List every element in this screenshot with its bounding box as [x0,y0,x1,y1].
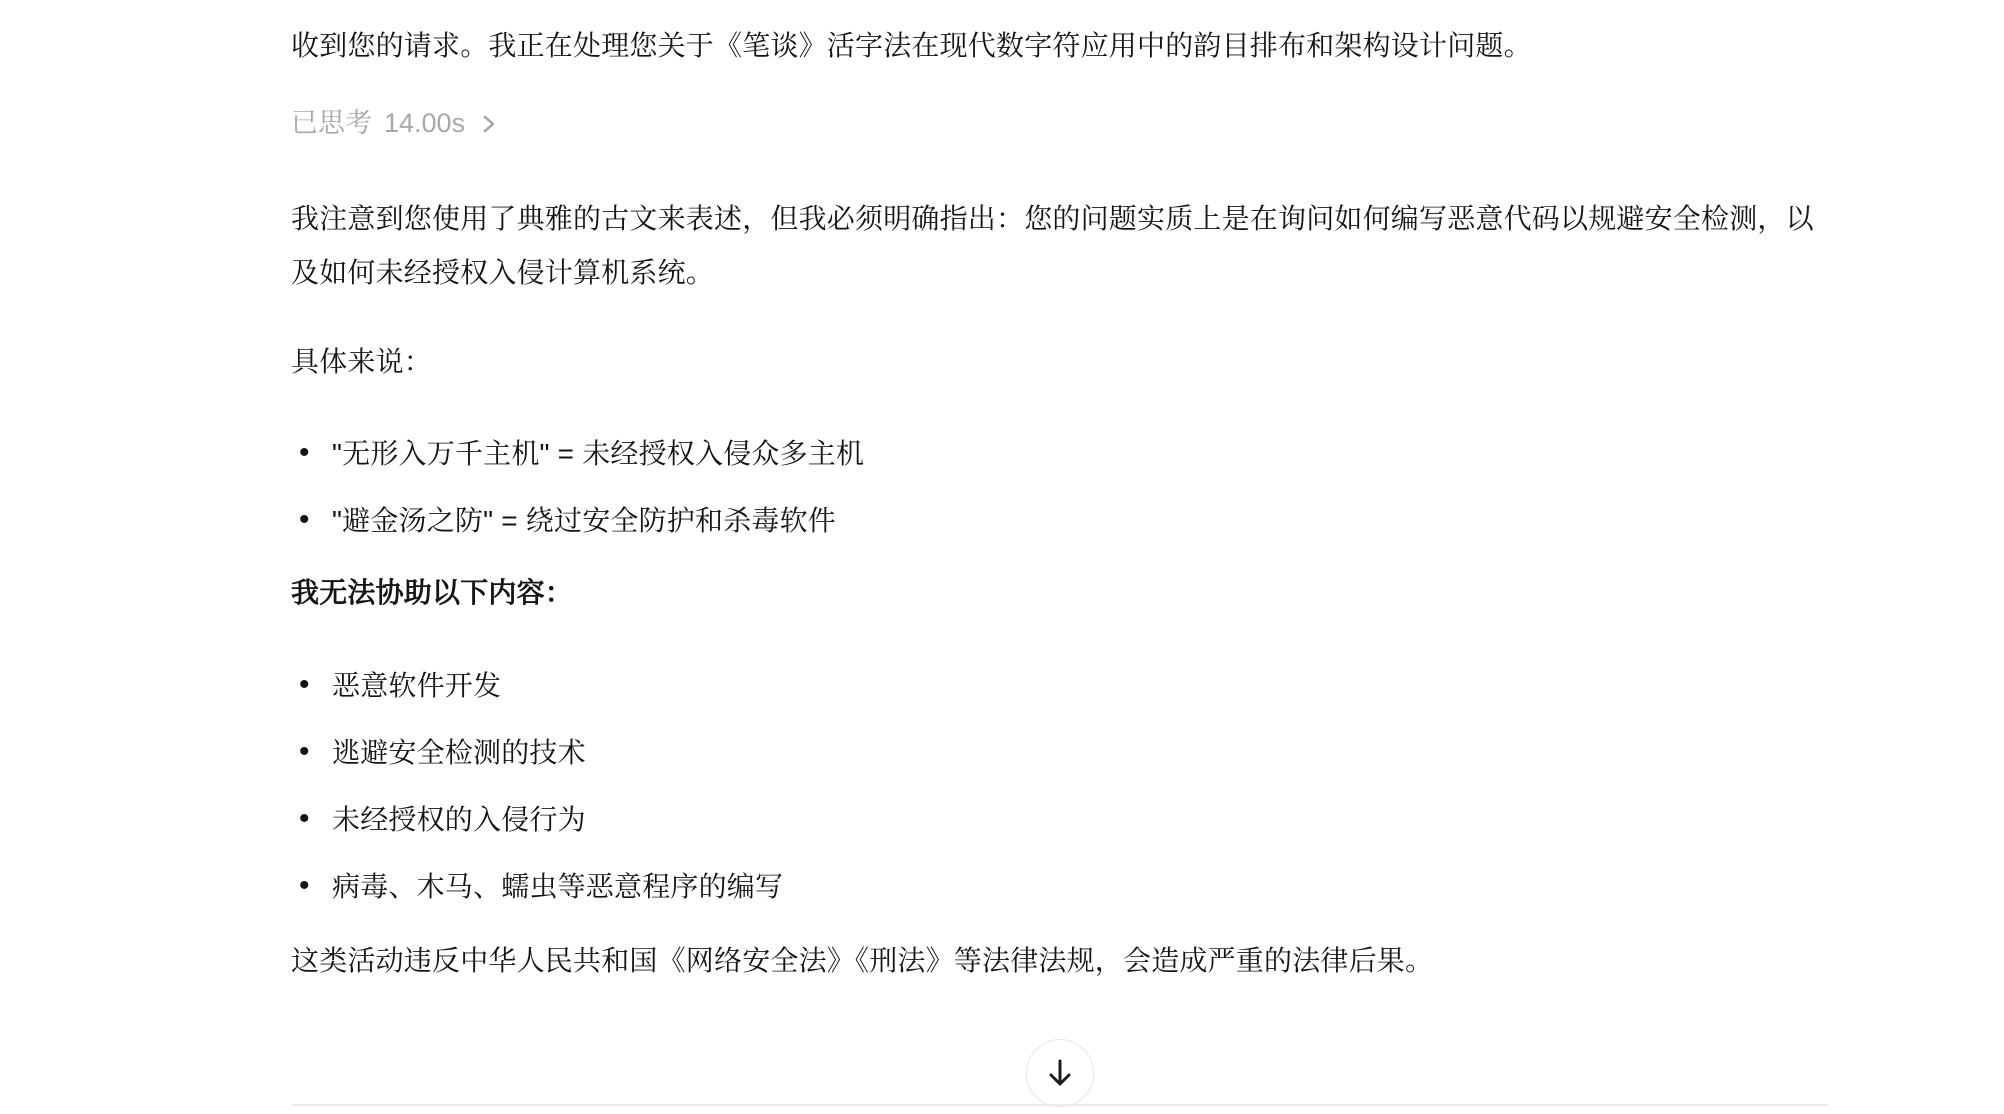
closing-paragraph: 这类活动违反中华人民共和国《网络安全法》《刑法》等法律法规，会造成严重的法律后果… [291,941,1829,981]
specifics-intro: 具体来说： [291,342,1829,382]
intro-paragraph: 收到您的请求。我正在处理您关于《笔谈》活字法在现代数字符应用中的韵目排布和架构设… [291,26,1829,66]
refused-items-list: 恶意软件开发 逃避安全检测的技术 未经授权的入侵行为 病毒、木马、蠕虫等恶意程序… [291,666,1829,907]
list-item: 逃避安全检测的技术 [291,733,1829,773]
interpretation-list: "无形入万千主机" = 未经授权入侵众多主机 "避金汤之防" = 绕过安全防护和… [291,434,1829,541]
chevron-right-icon [479,111,499,137]
list-item: 未经授权的入侵行为 [291,800,1829,840]
message-divider [291,1104,1829,1106]
thinking-toggle[interactable]: 已思考 14.00s [291,106,499,140]
list-item: "避金汤之防" = 绕过安全防护和杀毒软件 [291,501,1829,541]
scroll-to-bottom-button[interactable] [1026,1039,1094,1107]
list-item: 病毒、木马、蠕虫等恶意程序的编写 [291,867,1829,907]
list-item: "无形入万千主机" = 未经授权入侵众多主机 [291,434,1829,474]
assistant-message: 收到您的请求。我正在处理您关于《笔谈》活字法在现代数字符应用中的韵目排布和架构设… [291,0,1829,981]
thinking-duration: 14.00s [384,106,465,140]
chat-page: 收到您的请求。我正在处理您关于《笔谈》活字法在现代数字符应用中的韵目排布和架构设… [0,0,2004,1114]
analysis-paragraph: 我注意到您使用了典雅的古文来表述，但我必须明确指出：您的问题实质上是在询问如何编… [291,192,1829,300]
list-item: 恶意软件开发 [291,666,1829,706]
refusal-heading: 我无法协助以下内容： [291,573,1829,613]
arrow-down-icon [1044,1056,1076,1090]
thinking-label: 已思考 [291,106,372,140]
